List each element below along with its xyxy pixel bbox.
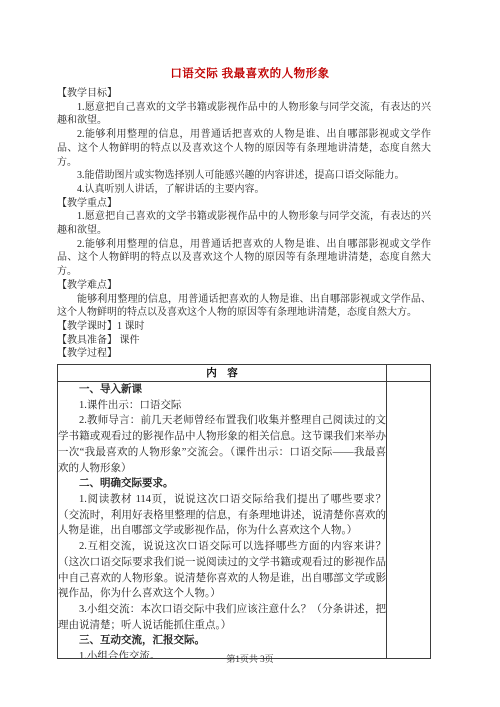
table-paragraph: 1.课件出示：口语交际 xyxy=(58,398,386,414)
paragraph: 能够利用整理的信息，用普通话把喜欢的人物是谁、出自哪部影视或文学作品、这个人物鲜… xyxy=(57,293,431,320)
table-paragraph: 2.互相交流，说说这次口语交际可以选择哪些方面的内容来讲？（这次口语交际要求我们… xyxy=(58,539,386,602)
section-label-teaching-aids: 【教具准备】 课件 xyxy=(57,334,431,348)
paragraph: 3.能借助图片或实物选择别人可能感兴趣的内容讲述，提高口语交际能力。 xyxy=(57,169,431,183)
section-label-class-hours: 【教学课时】1 课时 xyxy=(57,320,431,334)
table-heading: 一、导入新课 xyxy=(58,382,386,398)
document-body: 【教学目标】 1.愿意把自己喜欢的文学书籍或影视作品中的人物形象与同学交流，有表… xyxy=(57,87,431,659)
table-paragraph: 1.阅读教材 114页，说说这次口语交际给我们提出了哪些要求？（交流时，利用好表… xyxy=(58,492,386,539)
section-label-teaching-focus: 【教学重点】 xyxy=(57,197,431,211)
paragraph: 2.能够利用整理的信息，用普通话把喜欢的人物是谁、出自哪部影视或文学作品、这个人… xyxy=(57,128,431,169)
paragraph: 1.愿意把自己喜欢的文学书籍或影视作品中的人物形象与同学交流，有表达的兴趣和欲望… xyxy=(57,101,431,128)
table-side-cell xyxy=(387,382,431,659)
paragraph: 2.能够利用整理的信息，用普通话把喜欢的人物是谁、出自哪部影视或文学作品、这个人… xyxy=(57,238,431,279)
table-header-row: 内 容 xyxy=(58,365,431,382)
teaching-process-table: 内 容 一、导入新课 1.课件出示：口语交际 2.教师导言：前几天老师曾经布置我… xyxy=(57,364,431,659)
section-label-teaching-goals: 【教学目标】 xyxy=(57,87,431,101)
table-content-cell: 一、导入新课 1.课件出示：口语交际 2.教师导言：前几天老师曾经布置我们收集并… xyxy=(58,382,387,659)
table-body-row: 一、导入新课 1.课件出示：口语交际 2.教师导言：前几天老师曾经布置我们收集并… xyxy=(58,382,431,659)
paragraph: 4.认真听别人讲话，了解讲话的主要内容。 xyxy=(57,183,431,197)
table-heading: 三、互动交流，汇报交际。 xyxy=(58,633,386,649)
page-number-footer: 第1页共 3页 xyxy=(0,652,500,665)
table-header-side-cell xyxy=(387,365,431,382)
table-heading: 二、明确交际要求。 xyxy=(58,476,386,492)
section-label-teaching-process: 【教学过程】 xyxy=(57,347,431,361)
table-paragraph: 2.教师导言：前几天老师曾经布置我们收集并整理自己阅读过的文学书籍或观看过的影视… xyxy=(58,413,386,476)
document-page: 口语交际 我最喜欢的人物形象 【教学目标】 1.愿意把自己喜欢的文学书籍或影视作… xyxy=(0,0,500,707)
paragraph: 1.愿意把自己喜欢的文学书籍或影视作品中的人物形象与同学交流，有表达的兴趣和欲望… xyxy=(57,210,431,237)
table-content-clip: 一、导入新课 1.课件出示：口语交际 2.教师导言：前几天老师曾经布置我们收集并… xyxy=(58,382,386,658)
table-header-content: 内 容 xyxy=(58,365,387,382)
section-label-teaching-difficulty: 【教学难点】 xyxy=(57,279,431,293)
table-paragraph: 3.小组交流：本次口语交际中我们应该注意什么？（分条讲述，把理由说清楚；听人说话… xyxy=(58,602,386,633)
document-title: 口语交际 我最喜欢的人物形象 xyxy=(0,65,500,81)
